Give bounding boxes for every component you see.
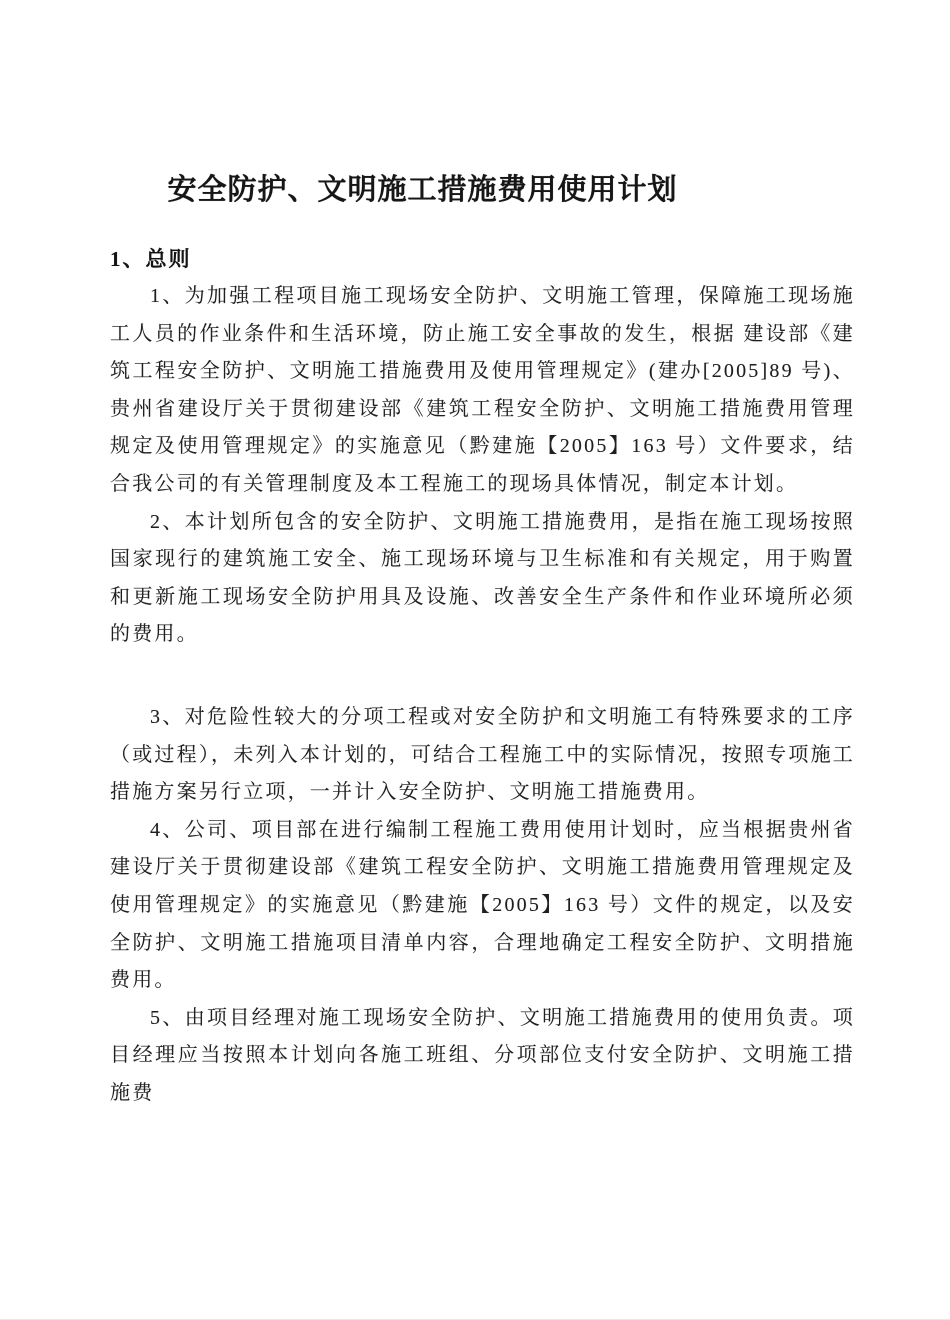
paragraph: 2、本计划所包含的安全防护、文明施工措施费用，是指在施工现场按照国家现行的建筑施…: [110, 504, 855, 654]
paragraph: 1、为加强工程项目施工现场安全防护、文明施工管理，保障施工现场施工人员的作业条件…: [110, 278, 855, 504]
document-title: 安全防护、文明施工措施费用使用计划: [110, 168, 735, 212]
paragraph: 5、由项目经理对施工现场安全防护、文明施工措施费用的使用负责。项目经理应当按照本…: [110, 1000, 855, 1113]
section-heading: 1、总则: [110, 244, 855, 274]
paragraph: 4、公司、项目部在进行编制工程施工费用使用计划时，应当根据贵州省建设厅关于贯彻建…: [110, 812, 855, 1000]
document-page: 安全防护、文明施工措施费用使用计划 1、总则 1、为加强工程项目施工现场安全防护…: [0, 0, 950, 1320]
document-body: 1、为加强工程项目施工现场安全防护、文明施工管理，保障施工现场施工人员的作业条件…: [110, 278, 855, 1112]
paragraph: 3、对危险性较大的分项工程或对安全防护和文明施工有特殊要求的工序（或过程），未列…: [110, 699, 855, 812]
